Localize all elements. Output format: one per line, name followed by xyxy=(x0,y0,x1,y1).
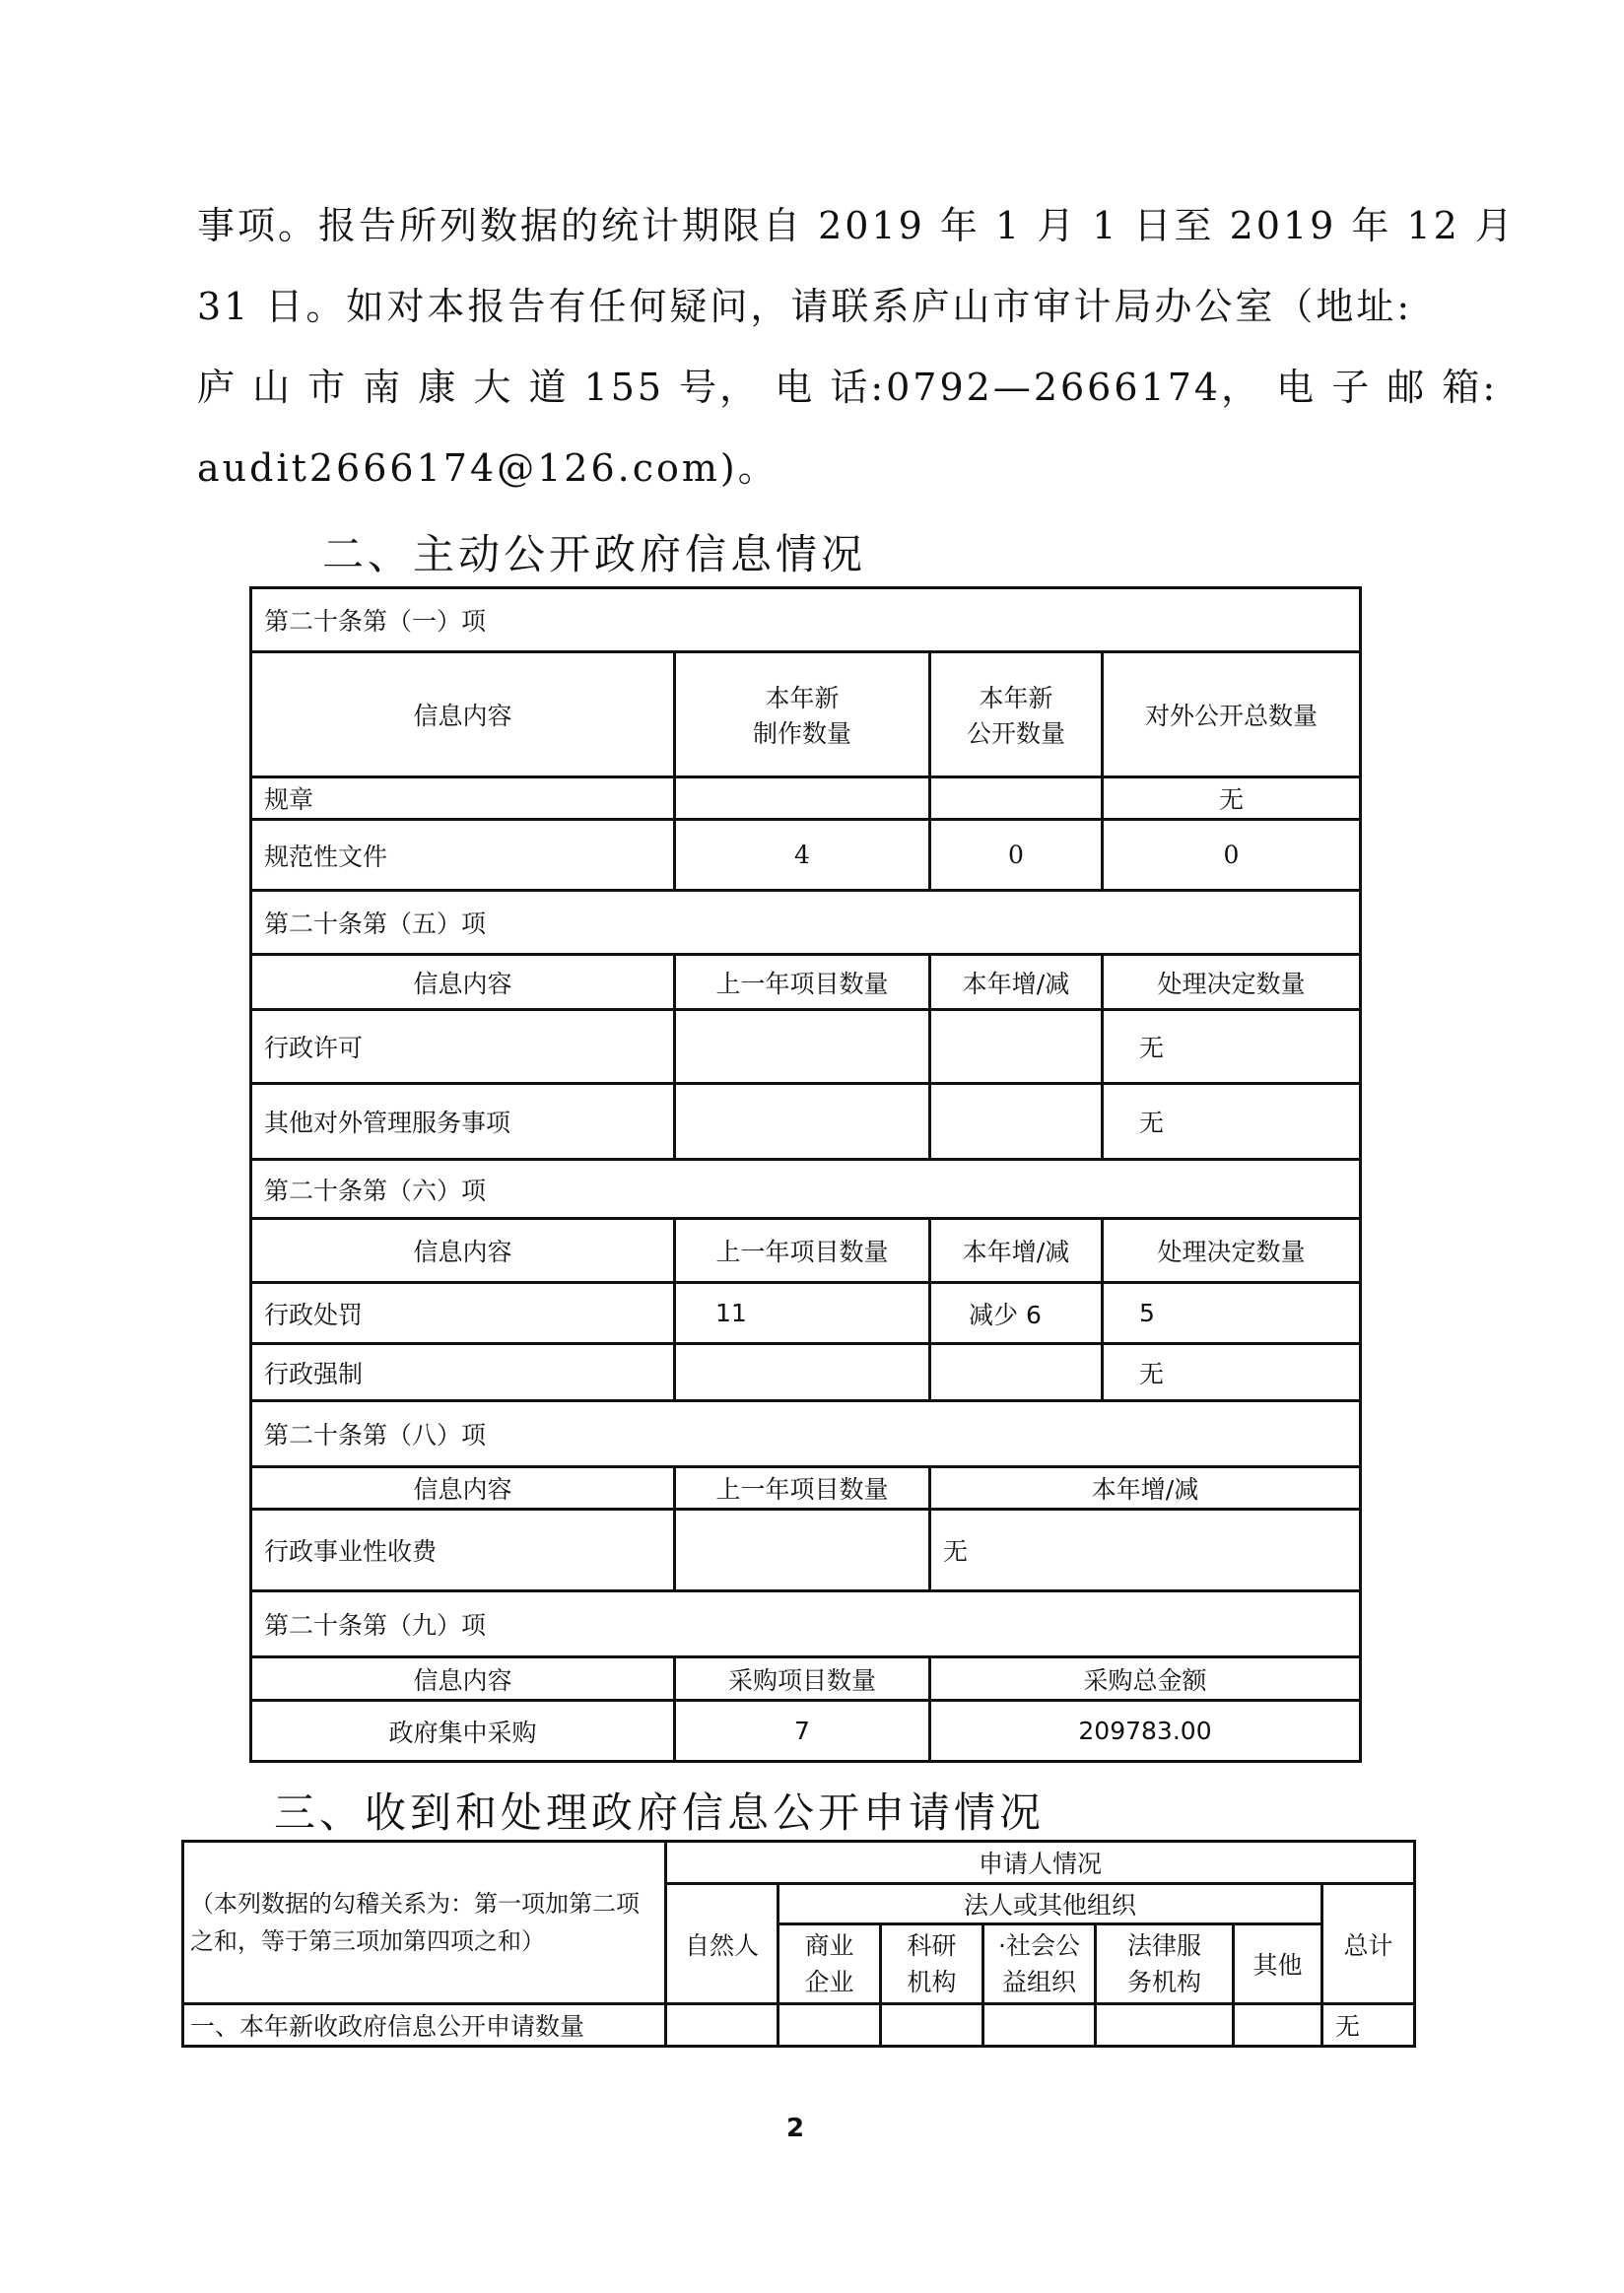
item5-header-change: 本年增/减 xyxy=(930,955,1103,1010)
table-row: 行政事业性收费 无 xyxy=(251,1510,1361,1591)
cell xyxy=(778,2004,881,2047)
row-label: 行政许可 xyxy=(251,1010,675,1084)
proactive-disclosure-table: 第二十条第（一）项 信息内容 本年新 制作数量 本年新 公开数量 对外公开总数量… xyxy=(249,586,1362,1763)
cell: 209783.00 xyxy=(930,1701,1361,1762)
section2-heading: 二、主动公开政府信息情况 xyxy=(322,522,866,581)
subcol-social: ·社会公益组织 xyxy=(983,1924,1096,2004)
table-row: 行政处罚 11 减少 6 5 xyxy=(251,1283,1361,1344)
item1-header-content: 信息内容 xyxy=(251,652,675,777)
natural-person-header: 自然人 xyxy=(666,1884,778,2004)
table-row: 规范性文件 4 0 0 xyxy=(251,820,1361,891)
item6-header-prev-year: 上一年项目数量 xyxy=(675,1219,930,1283)
row-label: 政府集中采购 xyxy=(251,1701,675,1762)
item1-header-new-made: 本年新 制作数量 xyxy=(675,652,930,777)
cell: 11 xyxy=(675,1283,930,1344)
item1-header-total: 对外公开总数量 xyxy=(1103,652,1361,777)
item9-title: 第二十条第（九）项 xyxy=(251,1591,1361,1657)
row-label: 规范性文件 xyxy=(251,820,675,891)
cell: 无 xyxy=(1103,1010,1361,1084)
item6-header-content: 信息内容 xyxy=(251,1219,675,1283)
cell xyxy=(675,1084,930,1160)
cell xyxy=(930,1344,1103,1401)
cell xyxy=(930,1084,1103,1160)
row-label: 其他对外管理服务事项 xyxy=(251,1084,675,1160)
row-label: 行政事业性收费 xyxy=(251,1510,675,1591)
cell: 无 xyxy=(1103,1344,1361,1401)
item9-header-content: 信息内容 xyxy=(251,1657,675,1701)
cell: 4 xyxy=(675,820,930,891)
subcol-research: 科研机构 xyxy=(881,1924,983,2004)
legal-group-header: 法人或其他组织 xyxy=(778,1884,1322,1924)
table-row: 一、本年新收政府信息公开申请数量 无 xyxy=(183,2004,1415,2047)
application-table: （本列数据的勾稽关系为：第一项加第二项之和，等于第三项加第四项之和） 申请人情况… xyxy=(181,1840,1416,2048)
cell: 无 xyxy=(1103,1084,1361,1160)
cell: 5 xyxy=(1103,1283,1361,1344)
item5-title: 第二十条第（五）项 xyxy=(251,891,1361,955)
cell xyxy=(1096,2004,1234,2047)
cell: 0 xyxy=(1103,820,1361,891)
item8-title: 第二十条第（八）项 xyxy=(251,1401,1361,1467)
item8-header-change: 本年增/减 xyxy=(930,1467,1361,1510)
total-header: 总计 xyxy=(1322,1884,1415,2004)
intro-line-1: 事项。报告所列数据的统计期限自 2019 年 1 月 1 日至 2019 年 1… xyxy=(197,207,1429,244)
cell xyxy=(675,1510,930,1591)
applicant-header: 申请人情况 xyxy=(666,1842,1415,1884)
item1-title: 第二十条第（一）项 xyxy=(251,588,1361,652)
intro-line-2: 31 日。如对本报告有任何疑问，请联系庐山市审计局办公室（地址: xyxy=(197,288,1429,325)
cell: 0 xyxy=(930,820,1103,891)
row-label: 行政处罚 xyxy=(251,1283,675,1344)
intro-line-4: audit2666174@126.com)。 xyxy=(197,449,1429,487)
section3-heading: 三、收到和处理政府信息公开申请情况 xyxy=(274,1781,1045,1840)
checksum-note: （本列数据的勾稽关系为：第一项加第二项之和，等于第三项加第四项之和） xyxy=(183,1842,666,2004)
row-label: 规章 xyxy=(251,777,675,820)
item6-title: 第二十条第（六）项 xyxy=(251,1160,1361,1219)
table-row: 行政强制 无 xyxy=(251,1344,1361,1401)
cell xyxy=(1234,2004,1322,2047)
cell: 无 xyxy=(1322,2004,1415,2047)
cell xyxy=(675,1010,930,1084)
item6-header-change: 本年增/减 xyxy=(930,1219,1103,1283)
cell: 无 xyxy=(1103,777,1361,820)
item6-header-decisions: 处理决定数量 xyxy=(1103,1219,1361,1283)
item9-header-count: 采购项目数量 xyxy=(675,1657,930,1701)
item5-header-prev-year: 上一年项目数量 xyxy=(675,955,930,1010)
cell xyxy=(675,1344,930,1401)
cell xyxy=(666,2004,778,2047)
row-label: 行政强制 xyxy=(251,1344,675,1401)
subcol-business: 商业企业 xyxy=(778,1924,881,2004)
cell xyxy=(881,2004,983,2047)
cell xyxy=(930,1010,1103,1084)
subcol-other: 其他 xyxy=(1234,1924,1322,2004)
item1-header-new-published: 本年新 公开数量 xyxy=(930,652,1103,777)
cell: 7 xyxy=(675,1701,930,1762)
subcol-legal: 法律服务机构 xyxy=(1096,1924,1234,2004)
item5-header-decisions: 处理决定数量 xyxy=(1103,955,1361,1010)
row-label: 一、本年新收政府信息公开申请数量 xyxy=(183,2004,666,2047)
intro-line-3: 庐 山 市 南 康 大 道 155 号， 电 话:0792—2666174， 电… xyxy=(197,369,1429,406)
cell xyxy=(930,777,1103,820)
item8-header-prev-year: 上一年项目数量 xyxy=(675,1467,930,1510)
table-row: 规章 无 xyxy=(251,777,1361,820)
table-row: 政府集中采购 7 209783.00 xyxy=(251,1701,1361,1762)
cell: 无 xyxy=(930,1510,1361,1591)
cell: 减少 6 xyxy=(930,1283,1103,1344)
item8-header-content: 信息内容 xyxy=(251,1467,675,1510)
item9-header-amount: 采购总金额 xyxy=(930,1657,1361,1701)
table-row: 其他对外管理服务事项 无 xyxy=(251,1084,1361,1160)
cell xyxy=(983,2004,1096,2047)
page-number: 2 xyxy=(786,2114,804,2143)
item5-header-content: 信息内容 xyxy=(251,955,675,1010)
cell xyxy=(675,777,930,820)
table-row: 行政许可 无 xyxy=(251,1010,1361,1084)
